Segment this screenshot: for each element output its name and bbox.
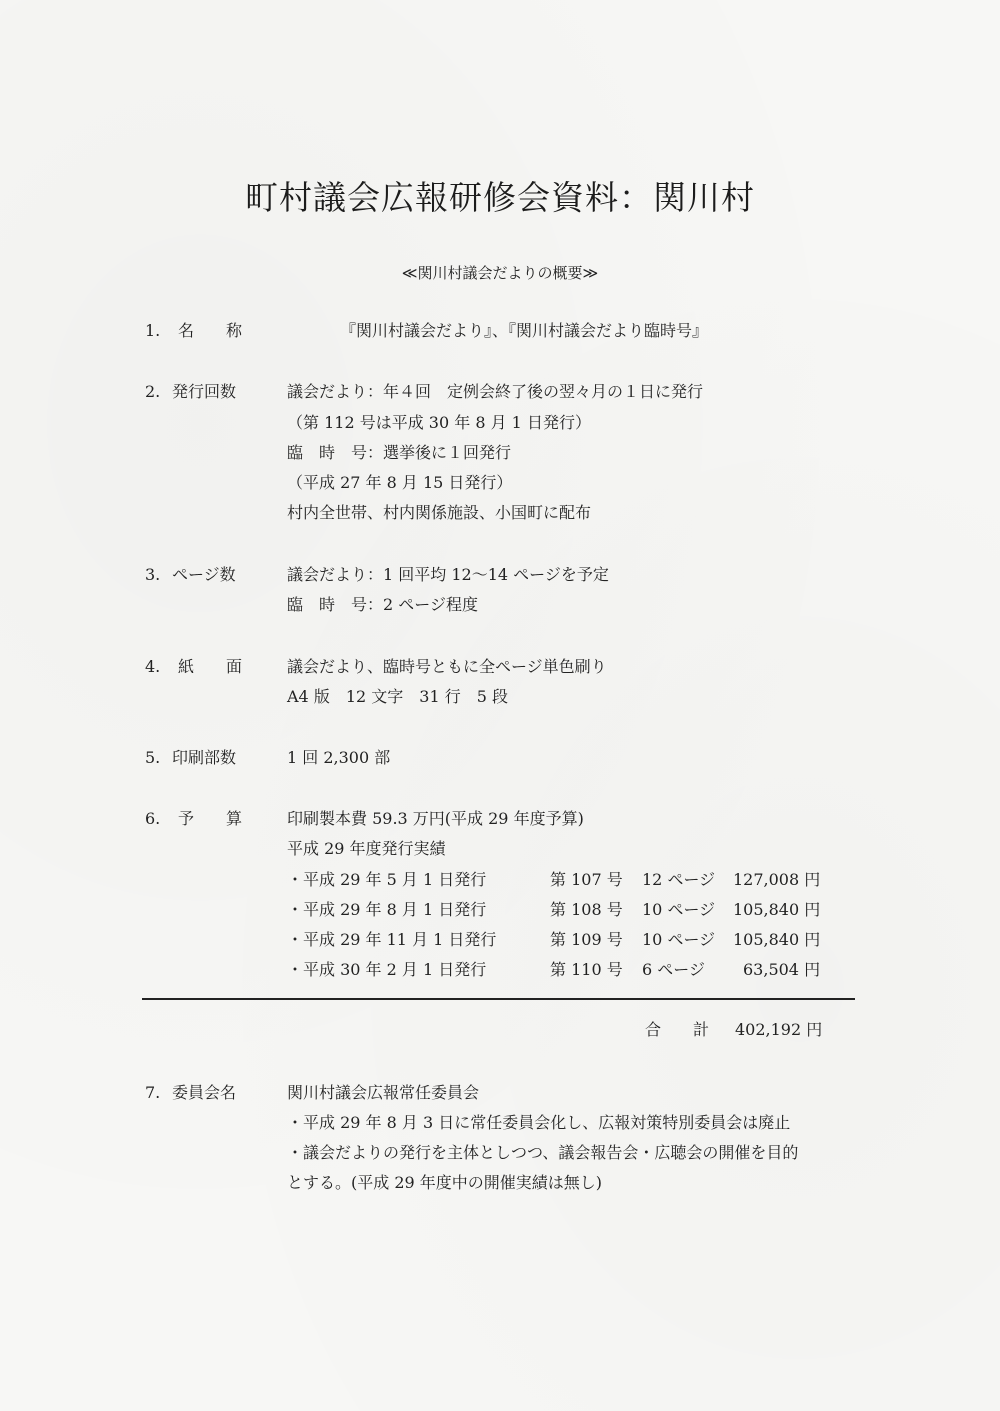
section-line: 関川村議会広報常任委員会	[287, 1083, 479, 1103]
issue-cost: 63,504 円	[743, 960, 820, 980]
section-label: ページ数	[172, 565, 236, 585]
section-line: 印刷製本費 59.3 万円(平成 29 年度予算)	[287, 809, 584, 829]
issue-number: 第 108 号	[550, 900, 623, 920]
section-line: 議会だより：年４回 定例会終了後の翌々月の１日に発行	[287, 382, 703, 402]
document-title: 町村議会広報研修会資料：関川村	[0, 172, 1000, 219]
section-line: とする。(平成 29 年度中の開催実績は無し)	[287, 1173, 602, 1193]
issue-pages: 10 ページ	[642, 900, 715, 920]
total-label: 合 計	[645, 1020, 709, 1040]
section-line: 村内全世帯、村内関係施設、小国町に配布	[287, 503, 591, 523]
section-line: 平成 29 年度発行実績	[287, 839, 446, 859]
section-number: 6.	[145, 809, 160, 829]
section-label: 名 称	[178, 321, 242, 341]
section-line: A4 版 12 文字 31 行 5 段	[287, 687, 508, 707]
section-line: 議会だより：1 回平均 12～14 ページを予定	[287, 565, 609, 585]
total-value: 402,192 円	[735, 1020, 822, 1040]
section-label: 印刷部数	[172, 748, 236, 768]
total-divider	[142, 998, 855, 1000]
issue-pages: 12 ページ	[642, 870, 715, 890]
issue-cost: 105,840 円	[733, 900, 820, 920]
issue-date: ・平成 29 年 5 月 1 日発行	[287, 870, 486, 890]
section-line: 1 回 2,300 部	[287, 748, 390, 768]
section-line: （平成 27 年 8 月 15 日発行）	[287, 473, 512, 493]
section-line: ・平成 29 年 8 月 3 日に常任委員会化し、広報対策特別委員会は廃止	[287, 1113, 790, 1133]
section-number: 2.	[145, 382, 160, 402]
section-number: 7.	[145, 1083, 160, 1103]
section-label: 発行回数	[172, 382, 236, 402]
section-line: 臨 時 号：2 ページ程度	[287, 595, 478, 615]
section-number: 5.	[145, 748, 160, 768]
section-line: ・議会だよりの発行を主体としつつ、議会報告会・広聴会の開催を目的	[287, 1143, 798, 1163]
section-number: 4.	[145, 657, 160, 677]
section-line: 議会だより、臨時号ともに全ページ単色刷り	[287, 657, 607, 677]
issue-date: ・平成 30 年 2 月 1 日発行	[287, 960, 486, 980]
section-label: 予 算	[178, 809, 242, 829]
section-number: 1.	[145, 321, 160, 341]
document-subtitle: ≪関川村議会だよりの概要≫	[0, 262, 1000, 283]
section-line: 『関川村議会だより』、『関川村議会だより臨時号』	[340, 321, 708, 341]
issue-number: 第 107 号	[550, 870, 623, 890]
issue-pages: 6 ページ	[642, 960, 705, 980]
section-label: 紙 面	[178, 657, 242, 677]
issue-date: ・平成 29 年 11 月 1 日発行	[287, 930, 496, 950]
issue-number: 第 110 号	[550, 960, 623, 980]
issue-cost: 127,008 円	[733, 870, 820, 890]
issue-cost: 105,840 円	[733, 930, 820, 950]
issue-pages: 10 ページ	[642, 930, 715, 950]
section-line: （第 112 号は平成 30 年 8 月 1 日発行）	[287, 413, 591, 433]
issue-number: 第 109 号	[550, 930, 623, 950]
section-line: 臨 時 号：選挙後に１回発行	[287, 443, 511, 463]
section-number: 3.	[145, 565, 160, 585]
section-label: 委員会名	[172, 1083, 236, 1103]
issue-date: ・平成 29 年 8 月 1 日発行	[287, 900, 486, 920]
